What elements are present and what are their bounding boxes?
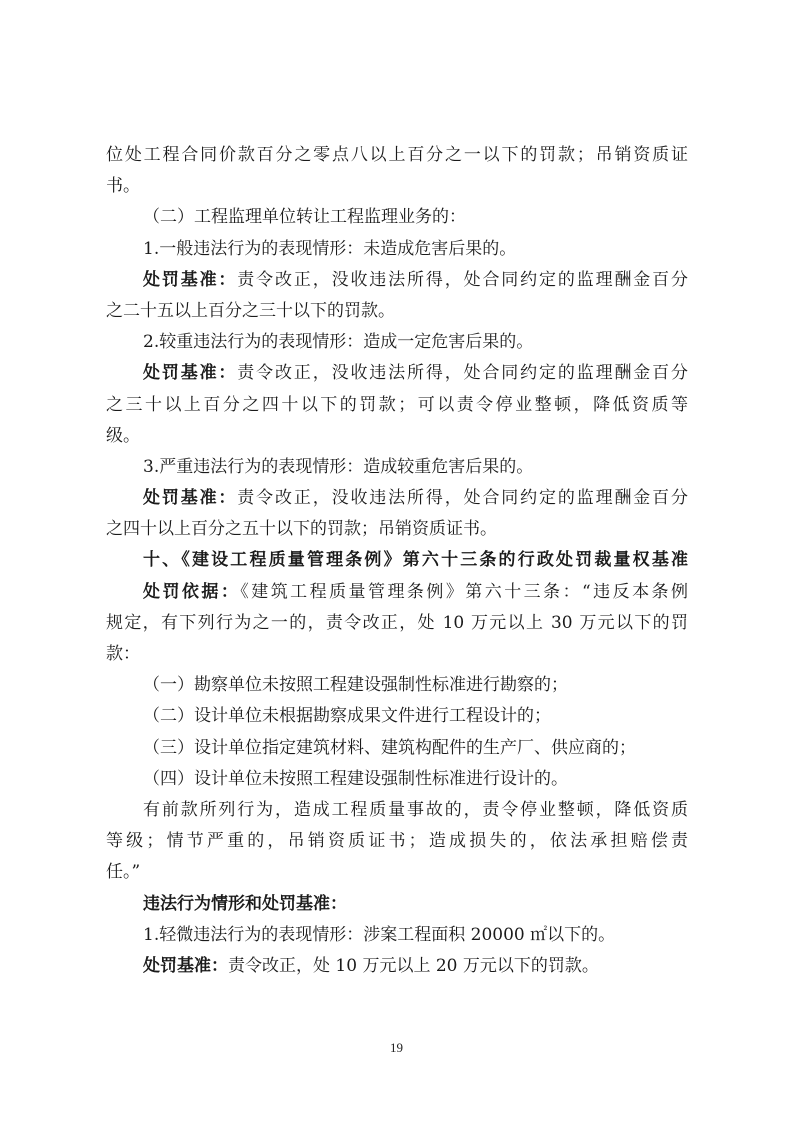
penalty-standard: 处罚基准：责令改正，没收违法所得，处合同约定的监理酬金百分 [106, 483, 688, 514]
text-line: 位处工程合同价款百分之零点八以上百分之一以下的罚款；吊销资质证 [106, 140, 688, 171]
penalty-standard: 处罚基准：责令改正，没收违法所得，处合同约定的监理酬金百分 [106, 265, 688, 296]
text-line: 之四十以上百分之五十以下的罚款；吊销资质证书。 [106, 514, 688, 545]
text-line: 级。 [106, 421, 688, 452]
page-number: 19 [0, 1040, 793, 1056]
list-item: （二）设计单位未根据勘察成果文件进行工程设计的； [106, 701, 688, 732]
text-line: 款： [106, 639, 688, 670]
text-line: 任。” [106, 857, 688, 888]
penalty-basis: 处罚依据：《建筑工程质量管理条例》第六十三条：“违反本条例 [106, 577, 688, 608]
text-line: 规定，有下列行为之一的，责令改正，处 10 万元以上 30 万元以下的罚 [106, 608, 688, 639]
penalty-label: 处罚基准： [143, 488, 237, 508]
text-line: 之三十以上百分之四十以下的罚款；可以责令停业整顿，降低资质等 [106, 390, 688, 421]
penalty-label: 处罚基准： [143, 363, 237, 383]
penalty-label: 处罚基准： [143, 956, 228, 976]
text-line: 有前款所列行为，造成工程质量事故的，责令停业整顿，降低资质 [106, 795, 688, 826]
basis-label: 处罚依据： [143, 582, 240, 602]
list-item: （四）设计单位未按照工程建设强制性标准进行设计的。 [106, 764, 688, 795]
violation-case: 2.较重违法行为的表现情形：造成一定危害后果的。 [106, 327, 688, 358]
penalty-standard: 处罚基准：责令改正，处 10 万元以上 20 万元以下的罚款。 [106, 951, 688, 982]
violation-case: 3.严重违法行为的表现情形：造成较重危害后果的。 [106, 452, 688, 483]
text-line: 等级；情节严重的，吊销资质证书；造成损失的，依法承担赔偿责 [106, 826, 688, 857]
document-page: 位处工程合同价款百分之零点八以上百分之一以下的罚款；吊销资质证 书。 （二）工程… [106, 140, 688, 982]
section-heading: 十、《建设工程质量管理条例》第六十三条的行政处罚裁量权基准 [106, 545, 688, 576]
violation-case: 1.轻微违法行为的表现情形：涉案工程面积 20000 ㎡以下的。 [106, 920, 688, 951]
list-item: （一）勘察单位未按照工程建设强制性标准进行勘察的； [106, 670, 688, 701]
violation-case: 1.一般违法行为的表现情形：未造成危害后果的。 [106, 234, 688, 265]
text-line: 之二十五以上百分之三十以下的罚款。 [106, 296, 688, 327]
list-item: （三）设计单位指定建筑材料、建筑构配件的生产厂、供应商的； [106, 733, 688, 764]
penalty-label: 处罚基准： [143, 270, 237, 290]
subsection-heading: 违法行为情形和处罚基准： [106, 889, 688, 920]
section-subheading: （二）工程监理单位转让工程监理业务的： [106, 202, 688, 233]
penalty-standard: 处罚基准：责令改正，没收违法所得，处合同约定的监理酬金百分 [106, 358, 688, 389]
text-line: 书。 [106, 171, 688, 202]
